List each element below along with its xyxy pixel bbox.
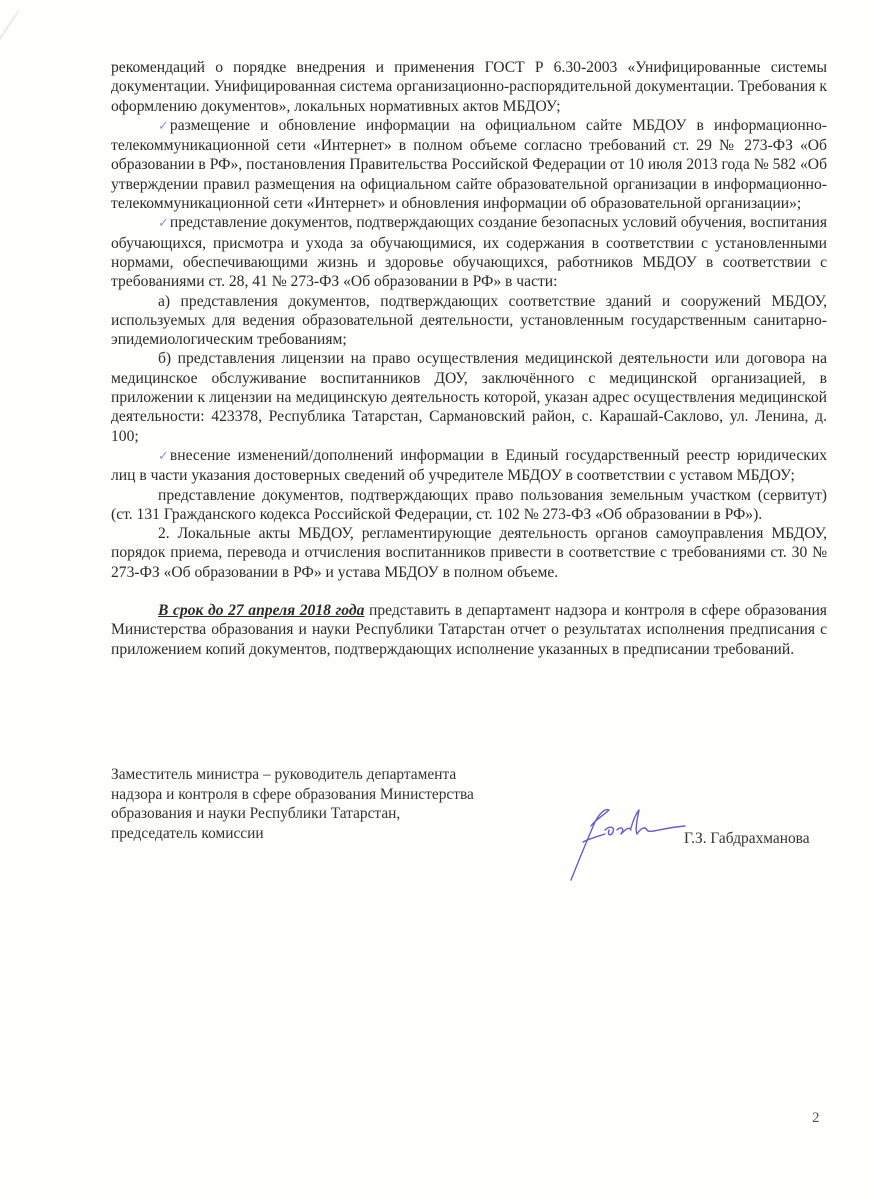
scan-artifact-line xyxy=(0,10,20,156)
paragraph-text: представление документов, подтверждающих… xyxy=(111,214,827,290)
signatory-title-line: председатель комиссии xyxy=(111,824,474,844)
handwritten-signature-icon xyxy=(565,800,690,885)
paragraph-egrul-changes: ✓внесение изменений/дополнений информаци… xyxy=(111,446,827,486)
signatory-title: Заместитель министра – руководитель депа… xyxy=(111,765,474,843)
signatory-title-line: надзора и контроля в сфере образования М… xyxy=(111,785,474,805)
check-mark-icon: ✓ xyxy=(158,117,169,136)
paragraph-local-acts: 2. Локальные акты МБДОУ, регламентирующи… xyxy=(111,524,827,582)
paragraph-text: внесение изменений/дополнений информации… xyxy=(111,447,827,484)
paragraph-safety-documents: ✓представление документов, подтверждающи… xyxy=(111,213,827,291)
paragraph-website-info: ✓размещение и обновление информации на о… xyxy=(111,116,827,213)
paragraph-land-rights: представление документов, подтверждающих… xyxy=(111,486,827,525)
paragraph-text: размещение и обновление информации на оф… xyxy=(111,117,827,212)
page-number: 2 xyxy=(812,1110,820,1127)
document-page: рекомендаций о порядке внедрения и приме… xyxy=(0,0,872,1200)
document-body: рекомендаций о порядке внедрения и приме… xyxy=(111,58,827,659)
paragraph-deadline: В срок до 27 апреля 2018 года представит… xyxy=(111,601,827,659)
paragraph-gost-recommendations: рекомендаций о порядке внедрения и приме… xyxy=(111,58,827,116)
check-mark-icon: ✓ xyxy=(158,214,169,233)
paragraph-item-a: а) представления документов, подтверждаю… xyxy=(111,292,827,350)
signatory-title-line: Заместитель министра – руководитель депа… xyxy=(111,765,474,785)
deadline-label: В срок до 27 апреля 2018 года xyxy=(158,602,364,619)
signer-name: Г.З. Габдрахманова xyxy=(684,830,810,848)
check-mark-icon: ✓ xyxy=(158,447,169,466)
spacer xyxy=(111,582,827,601)
signatory-title-line: образования и науки Республики Татарстан… xyxy=(111,804,474,824)
paragraph-item-b: б) представления лицензии на право осуще… xyxy=(111,349,827,445)
